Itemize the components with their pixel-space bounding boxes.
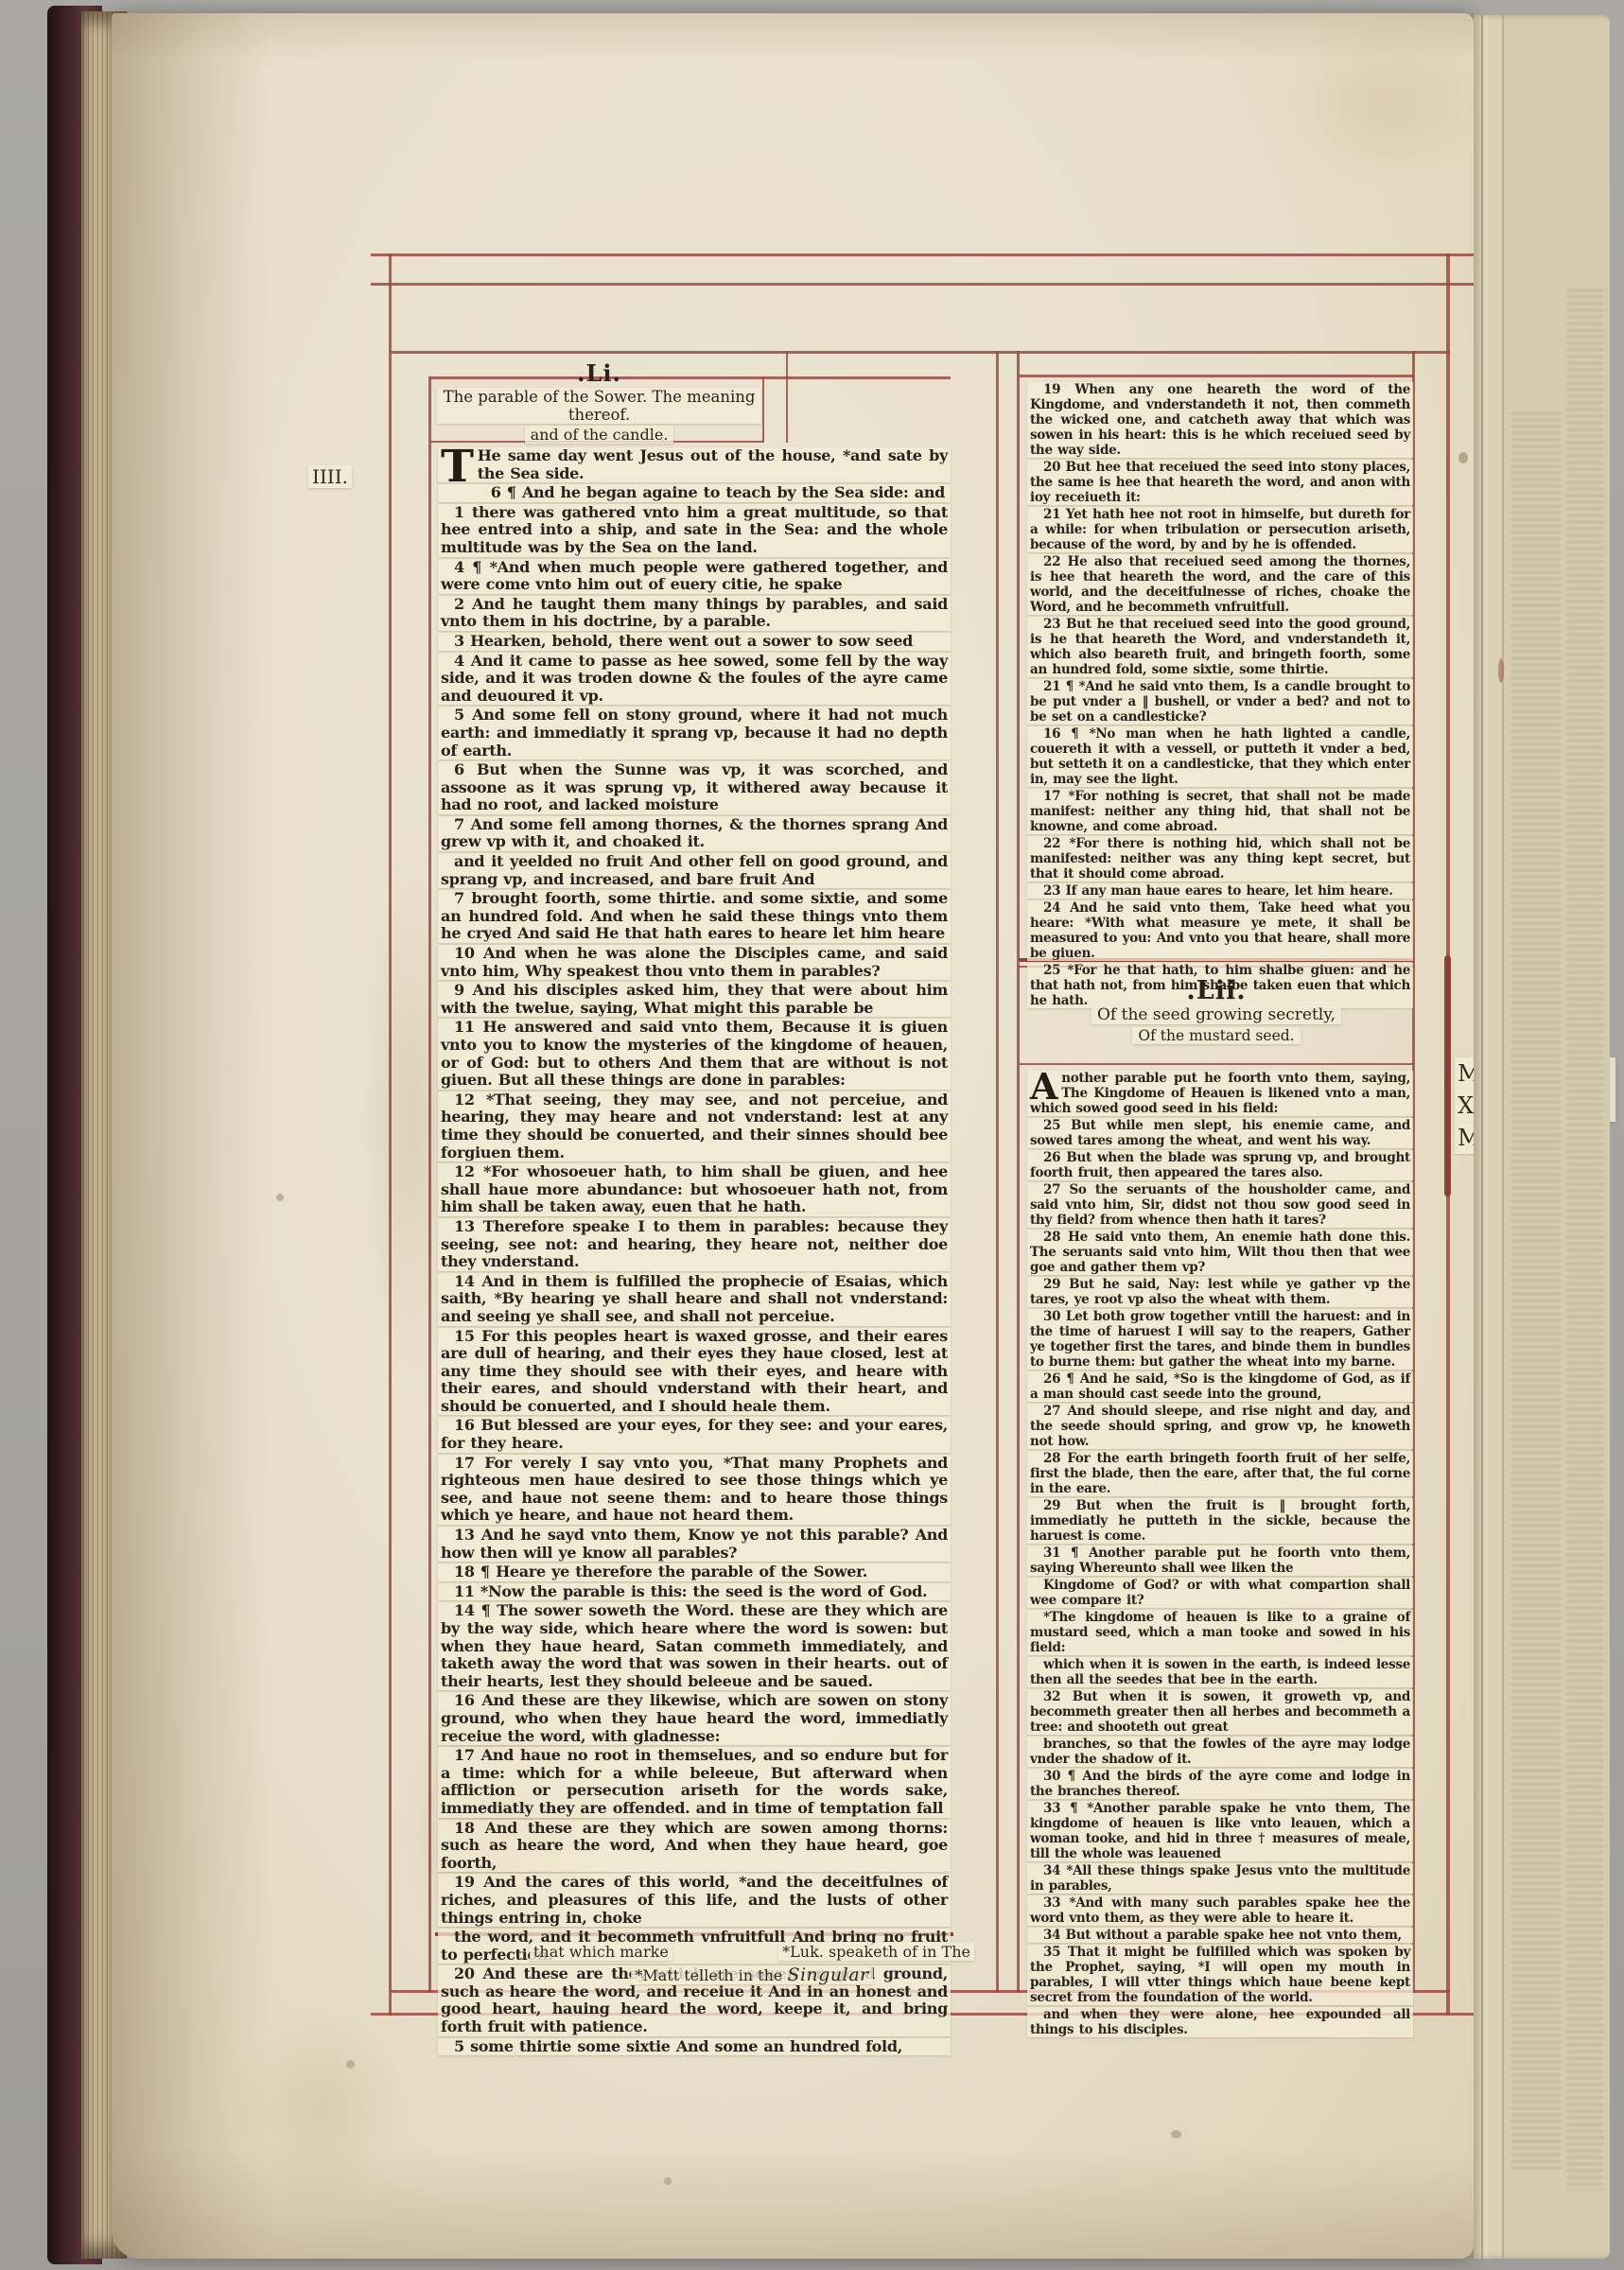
- verse-paragraph: 6 But when the Sunne was vp, it was scor…: [438, 761, 951, 814]
- verse-paragraph: *The kingdome of heauen is like to a gra…: [1027, 1610, 1413, 1655]
- verse-paragraph: 5 And some fell on stony ground, where i…: [438, 707, 951, 760]
- verse-paragraph: 24 And he said vnto them, Take heed what…: [1027, 900, 1413, 961]
- verse-paragraph: 4 And it came to passe as hee sowed, som…: [438, 653, 951, 706]
- verse-paragraph: 12 *That seeing, they may see, and not p…: [438, 1091, 951, 1161]
- verse-paragraph: Kingdome of God? or with what compartion…: [1027, 1578, 1413, 1608]
- verse-paragraph: 26 But when the blade was sprung vp, and…: [1027, 1150, 1413, 1180]
- verse-paragraph: 9 And his disciples asked him, they that…: [438, 982, 951, 1017]
- verse-paragraph: and when they were alone, hee expounded …: [1027, 2007, 1413, 2037]
- verse-paragraph: branches, so that the fowles of the ayre…: [1027, 1737, 1413, 1767]
- li-right-column: 19 When any one heareth the word of the …: [1027, 382, 1413, 1010]
- fore-edge-ghost-text: [1511, 412, 1561, 2172]
- footnote-line2: *Matt telleth in the Singular: [631, 1966, 872, 1984]
- li-opening-text: He same day went Jesus out of the house,…: [478, 446, 948, 482]
- verse-paragraph: 18 ¶ Heare ye therefore the parable of t…: [438, 1563, 951, 1581]
- verse-paragraph: 5 some thirtie some sixtie And some an h…: [438, 2038, 951, 2056]
- verse-paragraph: 6 ¶ And he began againe to teach by the …: [438, 484, 951, 502]
- section-li-number: .Li.: [437, 359, 761, 387]
- verse-paragraph: 15 For this peoples heart is waxed gross…: [438, 1328, 951, 1416]
- fore-edge-ghost-text: [1566, 289, 1604, 2191]
- verse-paragraph: 22 *For there is nothing hid, which shal…: [1027, 836, 1413, 882]
- verse-paragraph: 11 He answered and said vnto them, Becau…: [438, 1019, 951, 1089]
- verse-paragraph: 19 When any one heareth the word of the …: [1027, 382, 1413, 458]
- li-left-column: THe same day went Jesus out of the house…: [438, 447, 951, 2057]
- verse-paragraph: 17 And haue no root in themselues, and s…: [438, 1747, 951, 1817]
- verse-paragraph: 3 Hearken, behold, there went out a sowe…: [438, 633, 951, 651]
- verse-paragraph: 18 And these are they which are sowen am…: [438, 1820, 951, 1873]
- lii-drop-cap: A: [1030, 1071, 1061, 1101]
- verse-paragraph: and it yeelded no fruit And other fell o…: [438, 853, 951, 888]
- verse-paragraph: 12 *For whosoeuer hath, to him shall be …: [438, 1163, 951, 1216]
- verse-paragraph: 4 ¶ *And when much people were gathered …: [438, 559, 951, 594]
- verse-paragraph: 21 ¶ *And he said vnto them, Is a candle…: [1027, 679, 1413, 725]
- verse-paragraph: 13 And he sayd vnto them, Know ye not th…: [438, 1527, 951, 1562]
- verse-paragraph: 2 And he taught them many things by para…: [438, 596, 951, 631]
- section-li-title-line2: and of the candle.: [525, 426, 674, 444]
- fore-edge-pages: [1474, 15, 1610, 2259]
- section-lii-header: .Lii. Of the seed growing secretly, Of t…: [1019, 976, 1414, 1044]
- section-li-title-line1: The parable of the Sower. The meaning th…: [437, 388, 761, 424]
- verse-paragraph: which when it is sowen in the earth, is …: [1027, 1657, 1413, 1687]
- verse-paragraph: 34 *All these things spake Jesus vnto th…: [1027, 1863, 1413, 1894]
- verse-paragraph: 16 ¶ *No man when he hath lighted a cand…: [1027, 726, 1413, 787]
- li-right-verses: 19 When any one heareth the word of the …: [1027, 382, 1413, 1008]
- left-margin-note: IIII.: [308, 465, 352, 488]
- section-li-header: .Li. The parable of the Sower. The meani…: [437, 359, 761, 444]
- verse-paragraph: 14 And in them is fulfilled the propheci…: [438, 1273, 951, 1326]
- footnotes: that which marke *Luk. speaketh of in Th…: [530, 1943, 974, 1985]
- verse-paragraph: 29 But when the fruit is ‖ brought forth…: [1027, 1498, 1413, 1544]
- verse-paragraph: 27 So the seruants of the housholder cam…: [1027, 1182, 1413, 1228]
- footnote-right: *Luk. speaketh of in The: [778, 1943, 974, 1961]
- footnote-singular-word: Singular: [787, 1964, 868, 1985]
- page-top-shadow: [112, 13, 1474, 61]
- li-opening-paragraph: THe same day went Jesus out of the house…: [438, 447, 951, 482]
- lii-opening-paragraph: Another parable put he foorth vnto them,…: [1027, 1071, 1413, 1116]
- verse-paragraph: 26 ¶ And he said, *So is the kingdome of…: [1027, 1371, 1413, 1402]
- verse-paragraph: 7 brought foorth, some thirtie. and some…: [438, 890, 951, 943]
- lii-verses: 25 But while men slept, his enemie came,…: [1027, 1118, 1413, 2037]
- photographed-book-page: IIII. Matthew XIII. Marke. IIII. .Li. Th…: [0, 0, 1624, 2270]
- section-lii-title-line1: Of the seed growing secretly,: [1091, 1005, 1341, 1024]
- page-bottom-shadow: [112, 2147, 1474, 2259]
- verse-paragraph: 1 there was gathered vnto him a great mu…: [438, 504, 951, 557]
- verse-paragraph: 10 And when he was alone the Disciples c…: [438, 945, 951, 980]
- li-drop-cap: T: [441, 447, 478, 485]
- verse-paragraph: 23 If any man haue eares to heare, let h…: [1027, 883, 1413, 899]
- section-lii-number: .Lii.: [1019, 976, 1414, 1005]
- verse-paragraph: 32 But when it is sowen, it groweth vp, …: [1027, 1689, 1413, 1735]
- verse-paragraph: 30 ¶ And the birds of the ayre come and …: [1027, 1769, 1413, 1799]
- verse-paragraph: 33 ¶ *Another parable spake he vnto them…: [1027, 1801, 1413, 1861]
- verse-paragraph: 29 But he said, Nay: lest while ye gathe…: [1027, 1277, 1413, 1307]
- lii-column: Another parable put he foorth vnto them,…: [1027, 1071, 1413, 2039]
- verse-paragraph: 16 And these are they likewise, which ar…: [438, 1692, 951, 1745]
- verse-paragraph: 17 *For nothing is secret, that shall no…: [1027, 789, 1413, 834]
- verse-paragraph: 13 Therefore speake I to them in parable…: [438, 1218, 951, 1271]
- verse-paragraph: 28 For the earth bringeth foorth fruit o…: [1027, 1451, 1413, 1496]
- verse-paragraph: 21 Yet hath hee not root in himselfe, bu…: [1027, 507, 1413, 552]
- section-lii-title-line2: Of the mustard seed.: [1132, 1027, 1300, 1044]
- verse-paragraph: 34 But without a parable spake hee not v…: [1027, 1928, 1413, 1943]
- verse-paragraph: 35 That it might be fulfilled which was …: [1027, 1945, 1413, 2005]
- lii-opening-text: nother parable put he foorth vnto them, …: [1030, 1071, 1410, 1116]
- verse-paragraph: 14 ¶ The sower soweth the Word. these ar…: [438, 1602, 951, 1690]
- verse-paragraph: 16 But blessed are your eyes, for they s…: [438, 1417, 951, 1452]
- gutter-shadow: [112, 13, 272, 2259]
- verse-paragraph: 33 *And with many such parables spake he…: [1027, 1895, 1413, 1926]
- verse-paragraph: 31 ¶ Another parable put he foorth vnto …: [1027, 1545, 1413, 1576]
- verse-paragraph: 11 *Now the parable is this: the seed is…: [438, 1583, 951, 1601]
- footnote-left: that which marke: [530, 1943, 672, 1961]
- verse-paragraph: 17 For verely I say vnto you, *That many…: [438, 1455, 951, 1525]
- li-left-verses: 6 ¶ And he began againe to teach by the …: [438, 484, 951, 2055]
- verse-paragraph: 28 He said vnto them, An enemie hath don…: [1027, 1230, 1413, 1275]
- verse-paragraph: 20 But hee that receiued the seed into s…: [1027, 460, 1413, 505]
- verse-paragraph: 27 And should sleepe, and rise night and…: [1027, 1404, 1413, 1449]
- verse-paragraph: 7 And some fell among thornes, & the tho…: [438, 816, 951, 851]
- verse-paragraph: 19 And the cares of this world, *and the…: [438, 1874, 951, 1927]
- verse-paragraph: 22 He also that receiued seed among the …: [1027, 554, 1413, 615]
- verse-paragraph: 30 Let both grow together vntill the har…: [1027, 1309, 1413, 1370]
- verse-paragraph: 25 But while men slept, his enemie came,…: [1027, 1118, 1413, 1148]
- verse-paragraph: 23 But he that receiued seed into the go…: [1027, 617, 1413, 677]
